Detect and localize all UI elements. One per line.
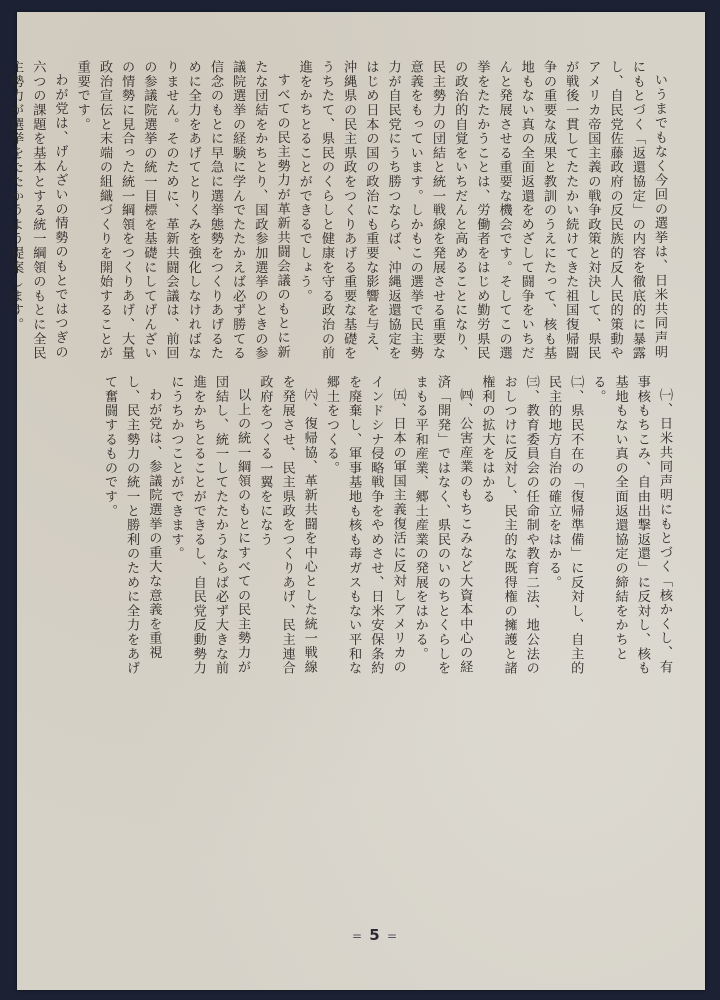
- item-marker: ㈥、: [302, 388, 317, 417]
- paragraph-democratic-unity: すべての民主勢力が革新共闘会議のもとに新たな団結をかちとり、国政参加選挙のときの…: [71, 60, 293, 362]
- item-text: 公害産業のもちこみなど大資本中心の経済「開発」ではなく、県民のいのちとくらしをま…: [413, 375, 472, 675]
- program-item-2: ㈡、県民不在の「復帰準備」に反対し、自主的民主的地方自治の確立をはかる。: [542, 375, 586, 681]
- page-number-dash-left: =: [352, 929, 363, 943]
- item-text: 以上の統一綱領のもとにすべての民主勢力が団結し、統一してたたかうならば必ず大きな…: [169, 375, 251, 675]
- document-page: いうまでもなく今回の選挙は、日米共同声明にもとづく「返還協定」の内容を徹底的に暴…: [17, 12, 705, 990]
- top-text-section: いうまでもなく今回の選挙は、日米共同声明にもとづく「返還協定」の内容を徹底的に暴…: [110, 60, 670, 362]
- item-marker: ㈠、: [657, 388, 672, 417]
- item-text: 復帰協、革新共闘を中心とした統一戦線を発展させ、民主県政をつくりあげ、民主連合政…: [257, 375, 316, 675]
- page-number: = 5 =: [352, 926, 398, 944]
- item-text: 日米共同声明にもとづく「核かくし、有事核もちこみ、自由出撃返還」に反対し、核も基…: [590, 375, 672, 675]
- item-text: 県民不在の「復帰準備」に反対し、自主的民主的地方自治の確立をはかる。: [546, 375, 583, 675]
- item-marker: ㈤、: [391, 388, 406, 417]
- page-number-value: 5: [369, 926, 380, 944]
- program-item-4: ㈣、公害産業のもちこみなど大資本中心の経済「開発」ではなく、県民のいのちとくらし…: [409, 375, 476, 681]
- item-marker: ㈢、: [524, 375, 539, 404]
- item-marker: ㈡、: [568, 375, 583, 404]
- program-item-5: ㈤、日本の軍国主義復活に反対しアメリカのインドシナ侵略戦争をやめさせ、日米安保条…: [320, 375, 409, 681]
- program-item-6: ㈥、復帰協、革新共闘を中心とした統一戦線を発展させ、民主県政をつくりあげ、民主連…: [253, 375, 320, 681]
- item-text: わが党は、参議院選挙の重大な意義を重視し、民主勢力の統一と勝利のために全力をあげ…: [102, 375, 161, 675]
- item-text: 教育委員会の任命制や教育二法、地公法のおしつけに反対し、民主的な既得権の擁護と諸…: [479, 375, 538, 675]
- item-text: 日本の軍国主義復活に反対しアメリカのインドシナ侵略戦争をやめさせ、日米安保条約を…: [324, 375, 406, 675]
- item-marker: ㈣、: [457, 388, 472, 417]
- paragraph-conclusion: 以上の統一綱領のもとにすべての民主勢力が団結し、統一してたたかうならば必ず大きな…: [164, 375, 253, 681]
- paragraph-closing: わが党は、参議院選挙の重大な意義を重視し、民主勢力の統一と勝利のために全力をあげ…: [98, 375, 165, 681]
- paragraph-election-significance: いうまでもなく今回の選挙は、日米共同声明にもとづく「返還協定」の内容を徹底的に暴…: [293, 60, 670, 362]
- paragraph-party-proposal: わが党は、げんざいの情勢のもとではつぎの六つの課題を基本とする統一綱領のもとに全…: [4, 60, 71, 362]
- program-item-1: ㈠、日米共同声明にもとづく「核かくし、有事核もちこみ、自由出撃返還」に反対し、核…: [586, 375, 675, 681]
- bottom-text-section: ㈠、日米共同声明にもとづく「核かくし、有事核もちこみ、自由出撃返還」に反対し、核…: [100, 375, 675, 681]
- page-number-dash-right: =: [387, 929, 398, 943]
- program-item-3: ㈢、教育委員会の任命制や教育二法、地公法のおしつけに反対し、民主的な既得権の擁護…: [475, 375, 542, 681]
